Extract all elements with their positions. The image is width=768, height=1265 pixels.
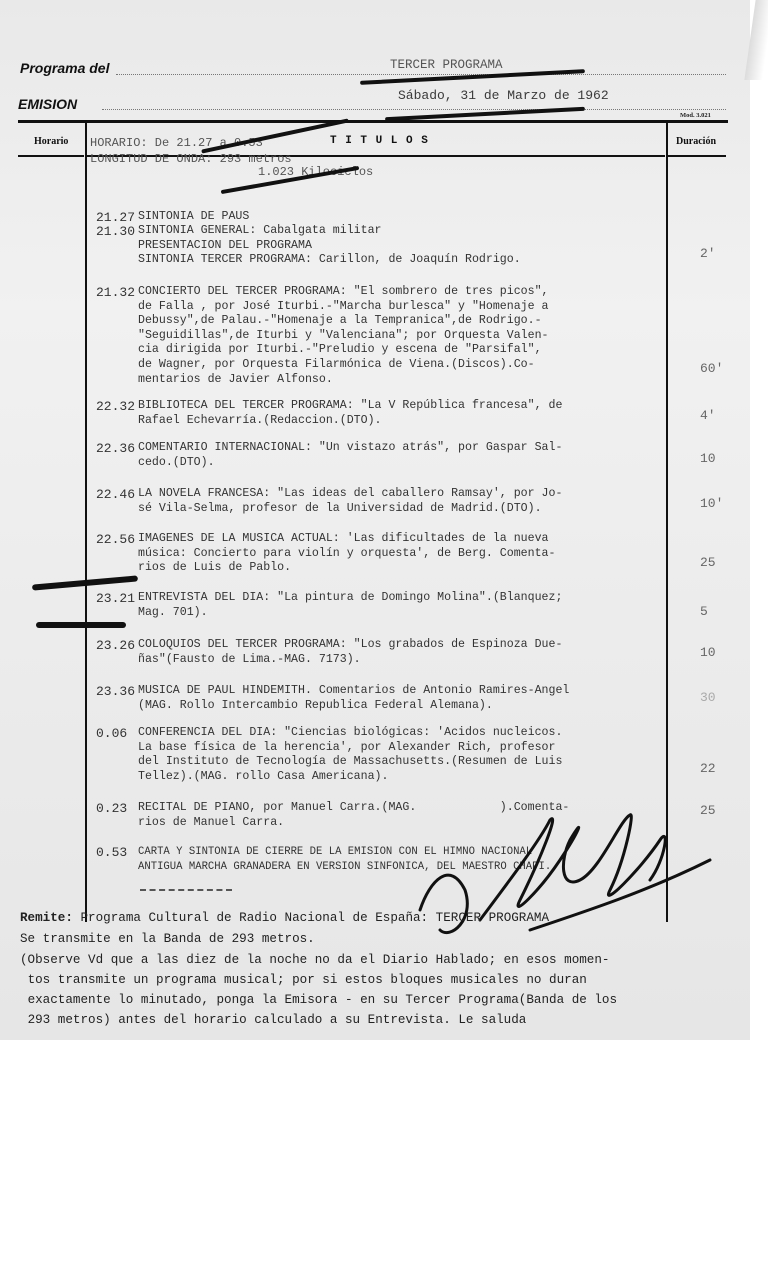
entry-time: 22.46: [96, 487, 135, 502]
entry-time: 21.30: [96, 224, 135, 239]
entry-time: 22.36: [96, 441, 135, 456]
entry-title: MUSICA DE PAUL HINDEMITH. Comentarios de…: [138, 684, 673, 713]
header-rule-left: [18, 155, 84, 157]
observation-note: (Observe Vd que a las diez de la noche n…: [20, 950, 750, 1030]
entry-duration: 10: [700, 645, 716, 660]
entry-time: 23.26: [96, 638, 135, 653]
header-rule-right: [668, 155, 726, 157]
form-code: Mod. 3.021: [680, 112, 711, 119]
entry-title: IMAGENES DE LA MUSICA ACTUAL: 'Las dific…: [138, 532, 673, 576]
longitud-onda: LONGITUD DE ONDA: 293 metros: [90, 152, 292, 166]
column-header-horario: Horario: [34, 136, 68, 147]
programa-dotted-line: [116, 74, 726, 75]
entry-time: 0.06: [96, 726, 127, 741]
column-divider-left: [85, 122, 87, 922]
remitente-label: Remite:: [20, 911, 73, 925]
document-page: Programa del TERCER PROGRAMA EMISION Sáb…: [0, 0, 750, 1040]
entry-title: CONFERENCIA DEL DIA: "Ciencias biológica…: [138, 726, 673, 784]
entry-title: SINTONIA GENERAL: Cabalgata militar PRES…: [138, 224, 673, 268]
typed-separator: [140, 889, 232, 895]
entry-time: 23.21: [96, 591, 135, 606]
entry-duration: 5: [700, 604, 708, 619]
entry-time: 21.27: [96, 210, 135, 225]
programa-label: Programa del: [20, 60, 109, 76]
entry-duration: 4': [700, 408, 716, 423]
entry-title: COMENTARIO INTERNACIONAL: "Un vistazo at…: [138, 441, 673, 470]
entry-time: 23.36: [96, 684, 135, 699]
entry-duration: 60': [700, 361, 723, 376]
entry-duration: 25: [700, 555, 716, 570]
entry-time: 22.32: [96, 399, 135, 414]
programa-value: TERCER PROGRAMA: [390, 58, 503, 72]
table-top-rule: [18, 120, 728, 123]
entry-duration: 10': [700, 496, 723, 511]
ink-strike-mark: [36, 622, 126, 628]
remitente-text: Programa Cultural de Radio Nacional de E…: [80, 911, 549, 925]
remitente-line: Remite: Programa Cultural de Radio Nacio…: [20, 908, 750, 929]
entry-title: ENTREVISTA DEL DIA: "La pintura de Domin…: [138, 591, 673, 620]
entry-title: SINTONIA DE PAUS: [138, 210, 673, 225]
entry-time: 0.23: [96, 801, 127, 816]
entry-time: 21.32: [96, 285, 135, 300]
entry-title: COLOQUIOS DEL TERCER PROGRAMA: "Los grab…: [138, 638, 673, 667]
entry-duration: 30: [700, 690, 716, 705]
entry-time: 0.53: [96, 845, 127, 860]
column-header-duracion: Duración: [676, 136, 716, 147]
band-line: Se transmite en la Banda de 293 metros.: [20, 929, 750, 950]
emision-dotted-line: [102, 109, 726, 110]
emision-label: EMISION: [18, 96, 77, 112]
entry-title: BIBLIOTECA DEL TERCER PROGRAMA: "La V Re…: [138, 399, 673, 428]
entry-time: 22.56: [96, 532, 135, 547]
entry-duration: 10: [700, 451, 716, 466]
column-header-titulos: T I T U L O S: [330, 135, 429, 147]
entry-title: LA NOVELA FRANCESA: "Las ideas del cabal…: [138, 487, 673, 516]
entry-title: CONCIERTO DEL TERCER PROGRAMA: "El sombr…: [138, 285, 673, 387]
entry-duration: 2': [700, 246, 716, 261]
emision-date: Sábado, 31 de Marzo de 1962: [398, 88, 609, 103]
entry-duration: 22: [700, 761, 716, 776]
